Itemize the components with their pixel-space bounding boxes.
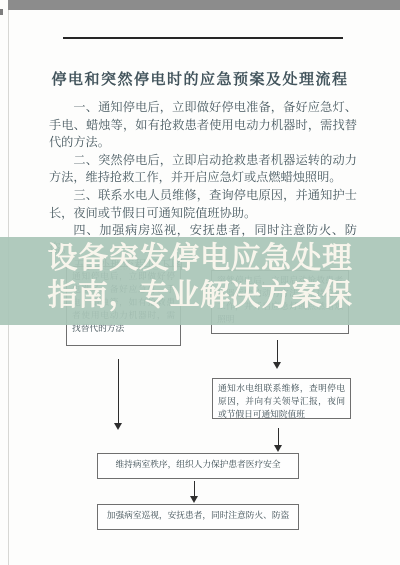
- document-title: 停电和突然停电时的应急预案及处理流程: [0, 68, 400, 89]
- paragraph-2: 二、突然停电后，立即启动抢救患者机器运转的动力方法，维持抢救工作，并开启应急灯或…: [49, 152, 357, 187]
- flow-connector-left: [118, 359, 119, 423]
- scanned-document-page: 停电和突然停电时的应急预案及处理流程 一、通知停电后，立即做好停电准备，备好应急…: [0, 0, 400, 565]
- header-divider-line: [63, 37, 343, 39]
- watermark-title-line1: 设备突发停电应急处理: [0, 240, 400, 277]
- arrow-down-icon: [274, 445, 282, 452]
- flow-box-notify-repair: 通知水电组联系维修，查明停电原因，并向有关领导汇报，夜间或节假日可通知院值班: [212, 378, 351, 419]
- flow-box-maintain-order: 维持病室秩序，组织人力保护患者医疗安全: [97, 453, 299, 479]
- paragraph-3: 三、联系水电人员维修，查询停电原因，并通知护士长，夜间或节假日可通知院值班协助。: [49, 187, 357, 222]
- arrow-down-icon: [273, 362, 281, 369]
- arrow-down-icon: [114, 423, 122, 430]
- flow-box-patrol-wards: 加强病室巡视，安抚患者，同时注意防火、防盗: [97, 504, 299, 530]
- flow-connector-lower: [194, 481, 195, 496]
- paragraph-1: 一、通知停电后，立即做好停电准备，备好应急灯、手电、蜡烛等，如有抢救患者使用电动…: [49, 99, 357, 152]
- scan-top-edge: [8, 0, 400, 10]
- flow-connector-middle: [278, 428, 279, 445]
- watermark-title-line2: 指南，专业解决方案保: [0, 277, 400, 314]
- arrow-down-icon: [190, 496, 198, 503]
- scan-corner-artifact: [0, 9, 3, 15]
- flow-connector-right: [277, 340, 278, 362]
- watermark-banner: 设备突发停电应急处理 指南，专业解决方案保: [0, 237, 400, 325]
